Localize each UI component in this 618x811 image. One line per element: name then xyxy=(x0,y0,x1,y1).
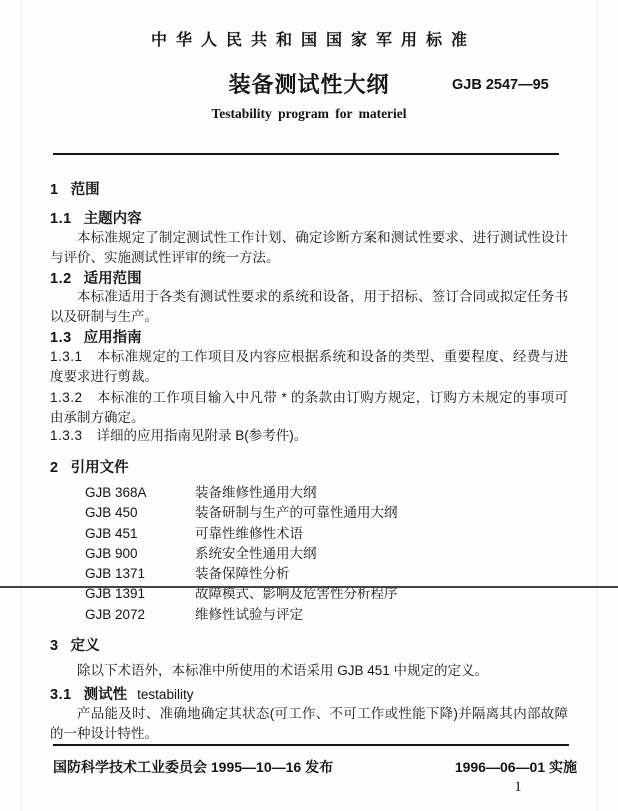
section-1-2-body: 本标准适用于各类有测试性要求的系统和设备，用于招标、签订合同或拟定任务书以及研制… xyxy=(50,287,568,326)
numbered-paragraph: 1.3.3详细的应用指南见附录 B(参考件)。 xyxy=(50,426,568,446)
section-3-heading: 3定义 xyxy=(50,634,568,655)
footer-rule xyxy=(53,744,569,746)
reference-title: 维修性试验与评定 xyxy=(195,607,303,622)
term-chinese: 测试性 xyxy=(84,687,128,703)
reference-row: GJB 368A装备维修性通用大纲 xyxy=(85,483,565,503)
paragraph: 本标准规定了制定测试性工作计划、确定诊断方案和测试性要求、进行测试性设计与评价、… xyxy=(50,228,568,267)
section-2-heading: 2引用文件 xyxy=(50,456,568,477)
footer-implement-info: 1996—06—01 实施 xyxy=(455,757,577,777)
page-number: 1 xyxy=(506,779,530,796)
reference-row: GJB 1371装备保障性分析 xyxy=(85,564,565,584)
clause-number: 1.3.1 xyxy=(50,349,83,364)
reference-row: GJB 451可靠性维修性术语 xyxy=(85,524,565,544)
header-rule xyxy=(53,153,559,155)
section-number: 1 xyxy=(50,182,59,198)
clause-text: 详细的应用指南见附录 B(参考件)。 xyxy=(97,428,308,443)
reference-list: GJB 368A装备维修性通用大纲 GJB 450装备研制与生产的可靠性通用大纲… xyxy=(85,483,565,625)
section-1-2-heading: 1.2适用范围 xyxy=(50,267,568,288)
reference-code: GJB 368A xyxy=(85,483,195,503)
section-title: 范围 xyxy=(71,182,100,198)
section-title: 引用文件 xyxy=(71,460,129,476)
section-1-3-1: 1.3.1本标准规定的工作项目及内容应根据系统和设备的类型、重要程度、经费与进度… xyxy=(50,347,568,386)
standard-number: GJB 2547—95 xyxy=(452,77,549,93)
clause-text: 本标准规定的工作项目及内容应根据系统和设备的类型、重要程度、经费与进度要求进行剪… xyxy=(50,349,568,384)
reference-title: 装备研制与生产的可靠性通用大纲 xyxy=(195,505,398,520)
clause-number: 1.3.3 xyxy=(50,428,83,443)
section-number: 1.3 xyxy=(50,330,72,346)
section-1-3-heading: 1.3应用指南 xyxy=(50,326,568,347)
clause-number: 1.3.2 xyxy=(50,390,83,405)
document-page: 中华人民共和国国家军用标准 装备测试性大纲 GJB 2547—95 Testab… xyxy=(0,0,618,811)
section-number: 1.2 xyxy=(50,271,72,287)
footer-issue-info: 国防科学技术工业委员会 1995—10—16 发布 xyxy=(53,757,333,777)
paragraph: 除以下术语外，本标准中所使用的术语采用 GJB 451 中规定的定义。 xyxy=(50,661,568,681)
section-3-1-heading: 3.1测试性testability xyxy=(50,683,568,704)
section-1-3-2: 1.3.2本标准的工作项目输入中凡带 * 的条款由订购方规定，订购方未规定的事项… xyxy=(50,388,568,427)
reference-code: GJB 2072 xyxy=(85,605,195,625)
reference-code: GJB 1371 xyxy=(85,564,195,584)
reference-row: GJB 2072维修性试验与评定 xyxy=(85,605,565,625)
numbered-paragraph: 1.3.2本标准的工作项目输入中凡带 * 的条款由订购方规定，订购方未规定的事项… xyxy=(50,388,568,427)
section-number: 3 xyxy=(50,638,59,654)
section-number: 3.1 xyxy=(50,687,72,703)
reference-code: GJB 450 xyxy=(85,503,195,523)
section-title: 应用指南 xyxy=(84,330,142,346)
numbered-paragraph: 1.3.1本标准规定的工作项目及内容应根据系统和设备的类型、重要程度、经费与进度… xyxy=(50,347,568,386)
reference-title: 装备维修性通用大纲 xyxy=(195,485,317,500)
clause-text: 本标准的工作项目输入中凡带 * 的条款由订购方规定，订购方未规定的事项可由承制方… xyxy=(50,390,568,425)
reference-code: GJB 451 xyxy=(85,524,195,544)
section-title: 定义 xyxy=(71,638,100,654)
paragraph: 产品能及时、准确地确定其状态(可工作、不可工作或性能下降)并隔离其内部故障的一种… xyxy=(50,704,568,743)
section-title: 主题内容 xyxy=(84,211,142,227)
reference-title: 故障模式、影响及危害性分析程序 xyxy=(195,586,398,601)
reference-code: GJB 900 xyxy=(85,544,195,564)
reference-row: GJB 900系统安全性通用大纲 xyxy=(85,544,565,564)
english-title: Testability program for materiel xyxy=(0,106,618,122)
paragraph: 本标准适用于各类有测试性要求的系统和设备，用于招标、签订合同或拟定任务书以及研制… xyxy=(50,287,568,326)
section-3-intro: 除以下术语外，本标准中所使用的术语采用 GJB 451 中规定的定义。 xyxy=(50,661,568,681)
standard-class-heading: 中华人民共和国国家军用标准 xyxy=(0,27,618,50)
section-number: 2 xyxy=(50,460,59,476)
footer: 国防科学技术工业委员会 1995—10—16 发布 1996—06—01 实施 xyxy=(53,757,577,777)
reference-title: 装备保障性分析 xyxy=(195,566,290,581)
section-1-heading: 1范围 xyxy=(50,178,568,199)
section-3-1-body: 产品能及时、准确地确定其状态(可工作、不可工作或性能下降)并隔离其内部故障的一种… xyxy=(50,704,568,743)
term-english: testability xyxy=(137,687,193,702)
scan-artifact-line xyxy=(0,586,618,588)
reference-title: 系统安全性通用大纲 xyxy=(195,546,317,561)
section-number: 1.1 xyxy=(50,211,72,227)
section-1-1-body: 本标准规定了制定测试性工作计划、确定诊断方案和测试性要求、进行测试性设计与评价、… xyxy=(50,228,568,267)
section-1-3-3: 1.3.3详细的应用指南见附录 B(参考件)。 xyxy=(50,426,568,446)
reference-row: GJB 450装备研制与生产的可靠性通用大纲 xyxy=(85,503,565,523)
section-title: 适用范围 xyxy=(84,271,142,287)
reference-title: 可靠性维修性术语 xyxy=(195,526,303,541)
section-1-1-heading: 1.1主题内容 xyxy=(50,207,568,228)
